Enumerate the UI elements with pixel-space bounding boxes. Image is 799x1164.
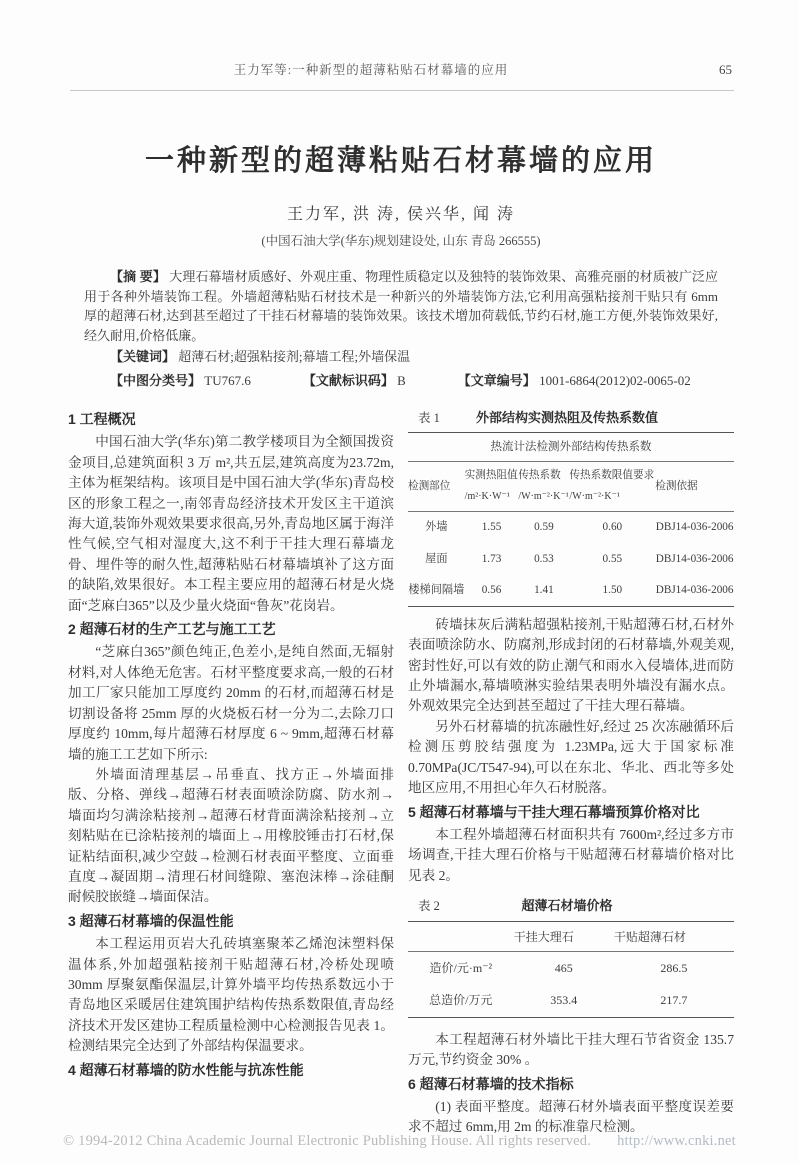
header-rule: [70, 90, 734, 91]
cell-part: 外墙: [408, 511, 465, 543]
article-id-value: 1001-6864(2012)02-0065-02: [539, 373, 691, 388]
section-1-heading: 1 工程概况: [68, 409, 394, 429]
cell-ultrathin: 286.5: [614, 951, 734, 984]
two-column-body: 1 工程概况 中国石油大学(华东)第二教学楼项目为全额国拨资金项目,总建筑面积 …: [68, 406, 734, 1138]
cell-resistance: 0.56: [465, 574, 519, 606]
table-2-caption: 表 2 超薄石材墙价格: [408, 896, 734, 916]
section-4-paragraph-2: 另外石材幕墙的抗冻融性好,经过 25 次冻融循环后检测压剪胶结强度为 1.23M…: [408, 717, 734, 799]
table-2-col-marble: 干挂大理石: [514, 921, 614, 951]
table-1-span-header: 热流计法检测外部结构传热系数: [408, 433, 734, 461]
article-id-label: 【文章编号】: [458, 373, 536, 388]
abstract-label: 【摘 要】: [110, 269, 166, 284]
table-row: 外墙 1.55 0.59 0.60 DBJ14-036-2006: [408, 511, 734, 543]
table-row: 总造价/万元 353.4 217.7: [408, 984, 734, 1017]
keywords: 【关键词】 超薄石材;超强粘接剂;幕墙工程;外墙保温: [84, 347, 718, 367]
cell-coefficient: 0.53: [518, 543, 569, 574]
page-content: 一种新型的超薄粘贴石材幕墙的应用 王力军, 洪 涛, 侯兴华, 闻 涛 (中国石…: [68, 126, 734, 1138]
cnki-url: http://www.cnki.net: [617, 1133, 736, 1149]
clc-value: TU767.6: [204, 373, 251, 388]
cell-basis: DBJ14-036-2006: [655, 574, 734, 606]
running-head: 王力军等:一种新型的超薄粘贴石材幕墙的应用 65: [70, 60, 732, 78]
table-2-label: 表 2: [418, 896, 440, 916]
copyright-footer: © 1994-2012 China Academic Journal Elect…: [0, 1133, 799, 1150]
table-1-col-coefficient: 传热系数/W·m⁻²·K⁻¹: [518, 461, 569, 511]
keywords-label: 【关键词】: [110, 349, 175, 364]
cell-part: 楼梯间隔墙: [408, 574, 465, 606]
cell-basis: DBJ14-036-2006: [655, 543, 734, 574]
doc-code-pair: 【文献标识码】 B: [277, 371, 406, 391]
section-3-paragraph: 本工程运用页岩大孔砖填塞聚苯乙烯泡沫塑料保温体系,外加超强粘接剂干贴超薄石材,冷…: [68, 934, 394, 1056]
cell-label: 总造价/万元: [408, 984, 514, 1017]
table-1-header-row: 检测部位 实测热阻值/m²·K·W⁻¹ 传热系数/W·m⁻²·K⁻¹ 传热系数限…: [408, 461, 734, 511]
section-5-heading: 5 超薄石材幕墙与干挂大理石幕墙预算价格对比: [408, 802, 734, 822]
cell-coefficient: 1.41: [518, 574, 569, 606]
cell-resistance: 1.55: [465, 511, 519, 543]
article-id-pair: 【文章编号】 1001-6864(2012)02-0065-02: [432, 371, 691, 391]
page-number: 65: [672, 62, 732, 78]
cell-limit: 0.55: [569, 543, 655, 574]
paper-title: 一种新型的超薄粘贴石材幕墙的应用: [68, 138, 734, 179]
section-4-heading: 4 超薄石材幕墙的防水性能与抗冻性能: [68, 1060, 394, 1080]
cell-marble: 465: [514, 951, 614, 984]
cell-ultrathin: 217.7: [614, 984, 734, 1017]
table-row: 屋面 1.73 0.53 0.55 DBJ14-036-2006: [408, 543, 734, 574]
abstract: 【摘 要】 大理石幕墙材质感好、外观庄重、物理性质稳定以及独特的装饰效果、高雅亮…: [84, 267, 718, 345]
left-column: 1 工程概况 中国石油大学(华东)第二教学楼项目为全额国拨资金项目,总建筑面积 …: [68, 406, 394, 1138]
table-2-col-ultrathin: 干贴超薄石材: [614, 921, 734, 951]
table-row: 造价/元·m⁻² 465 286.5: [408, 951, 734, 984]
section-2-paragraph-2: 外墙面清理基层→吊垂直、找方正→外墙面排版、分格、弹线→超薄石材表面喷涂防腐、防…: [68, 765, 394, 908]
authors: 王力军, 洪 涛, 侯兴华, 闻 涛: [68, 201, 734, 224]
table-1-title: 外部结构实测热阻及传热系数值: [440, 408, 694, 428]
cell-part: 屋面: [408, 543, 465, 574]
section-5-paragraph-2: 本工程超薄石材外墙比干挂大理石节省资金 135.7 万元,节约资金 30% 。: [408, 1030, 734, 1071]
cell-label: 造价/元·m⁻²: [408, 951, 514, 984]
table-2-col-empty: [408, 921, 514, 951]
cell-coefficient: 0.59: [518, 511, 569, 543]
table-row: 楼梯间隔墙 0.56 1.41 1.50 DBJ14-036-2006: [408, 574, 734, 606]
cell-limit: 0.60: [569, 511, 655, 543]
table-1-col-part: 检测部位: [408, 461, 465, 511]
table-2-header-row: 干挂大理石 干贴超薄石材: [408, 921, 734, 951]
clc-label: 【中图分类号】: [110, 373, 201, 388]
front-matter: 【摘 要】 大理石幕墙材质感好、外观庄重、物理性质稳定以及独特的装饰效果、高雅亮…: [84, 267, 718, 390]
section-2-paragraph-1: “芝麻白365”颜色纯正,色差小,是纯自然面,无辐射材料,对人体绝无危害。石材平…: [68, 642, 394, 764]
copyright-text: © 1994-2012 China Academic Journal Elect…: [63, 1133, 591, 1149]
cell-limit: 1.50: [569, 574, 655, 606]
running-title: 王力军等:一种新型的超薄粘贴石材幕墙的应用: [70, 60, 672, 78]
section-6-heading: 6 超薄石材幕墙的技术指标: [408, 1074, 734, 1094]
table-1-col-limit: 传热系数限值要求/W·m⁻²·K⁻¹: [569, 461, 655, 511]
abstract-text: 大理石幕墙材质感好、外观庄重、物理性质稳定以及独特的装饰效果、高雅亮丽的材质被广…: [84, 269, 718, 343]
right-column: 表 1 外部结构实测热阻及传热系数值 热流计法检测外部结构传热系数 检测部位 实…: [408, 406, 734, 1138]
section-3-heading: 3 超薄石材幕墙的保温性能: [68, 911, 394, 931]
section-1-paragraph: 中国石油大学(华东)第二教学楼项目为全额国拨资金项目,总建筑面积 3 万 m²,…: [68, 432, 394, 616]
section-4-paragraph-1: 砖墙抹灰后满粘超强粘接剂,干贴超薄石材,石材外表面喷涂防水、防腐剂,形成封闭的石…: [408, 615, 734, 717]
cell-resistance: 1.73: [465, 543, 519, 574]
table-1-col-resistance: 实测热阻值/m²·K·W⁻¹: [465, 461, 519, 511]
section-6-paragraph: (1) 表面平整度。超薄石材外墙表面平整度误差要求不超过 6mm,用 2m 的标…: [408, 1097, 734, 1138]
cell-marble: 353.4: [514, 984, 614, 1017]
classification-line: 【中图分类号】 TU767.6 【文献标识码】 B 【文章编号】 1001-68…: [84, 371, 718, 391]
table-2-title: 超薄石材墙价格: [440, 896, 694, 916]
doc-code-value: B: [397, 373, 406, 388]
journal-page: 王力军等:一种新型的超薄粘贴石材幕墙的应用 65 一种新型的超薄粘贴石材幕墙的应…: [0, 0, 799, 1164]
section-5-paragraph-1: 本工程外墙超薄石材面积共有 7600m²,经过多方市场调查,干挂大理石价格与干贴…: [408, 825, 734, 886]
cell-basis: DBJ14-036-2006: [655, 511, 734, 543]
table-1-label: 表 1: [418, 408, 440, 428]
table-2: 干挂大理石 干贴超薄石材 造价/元·m⁻² 465 286.5 总造价/万元 3…: [408, 921, 734, 1018]
table-1-caption: 表 1 外部结构实测热阻及传热系数值: [408, 408, 734, 428]
affiliation: (中国石油大学(华东)规划建设处, 山东 青岛 266555): [68, 231, 734, 249]
section-2-heading: 2 超薄石材的生产工艺与施工工艺: [68, 619, 394, 639]
doc-code-label: 【文献标识码】: [303, 373, 394, 388]
clc-pair: 【中图分类号】 TU767.6: [84, 371, 251, 391]
keywords-text: 超薄石材;超强粘接剂;幕墙工程;外墙保温: [178, 349, 410, 364]
table-1: 热流计法检测外部结构传热系数 检测部位 实测热阻值/m²·K·W⁻¹ 传热系数/…: [408, 432, 734, 606]
table-1-col-basis: 检测依据: [655, 461, 734, 511]
